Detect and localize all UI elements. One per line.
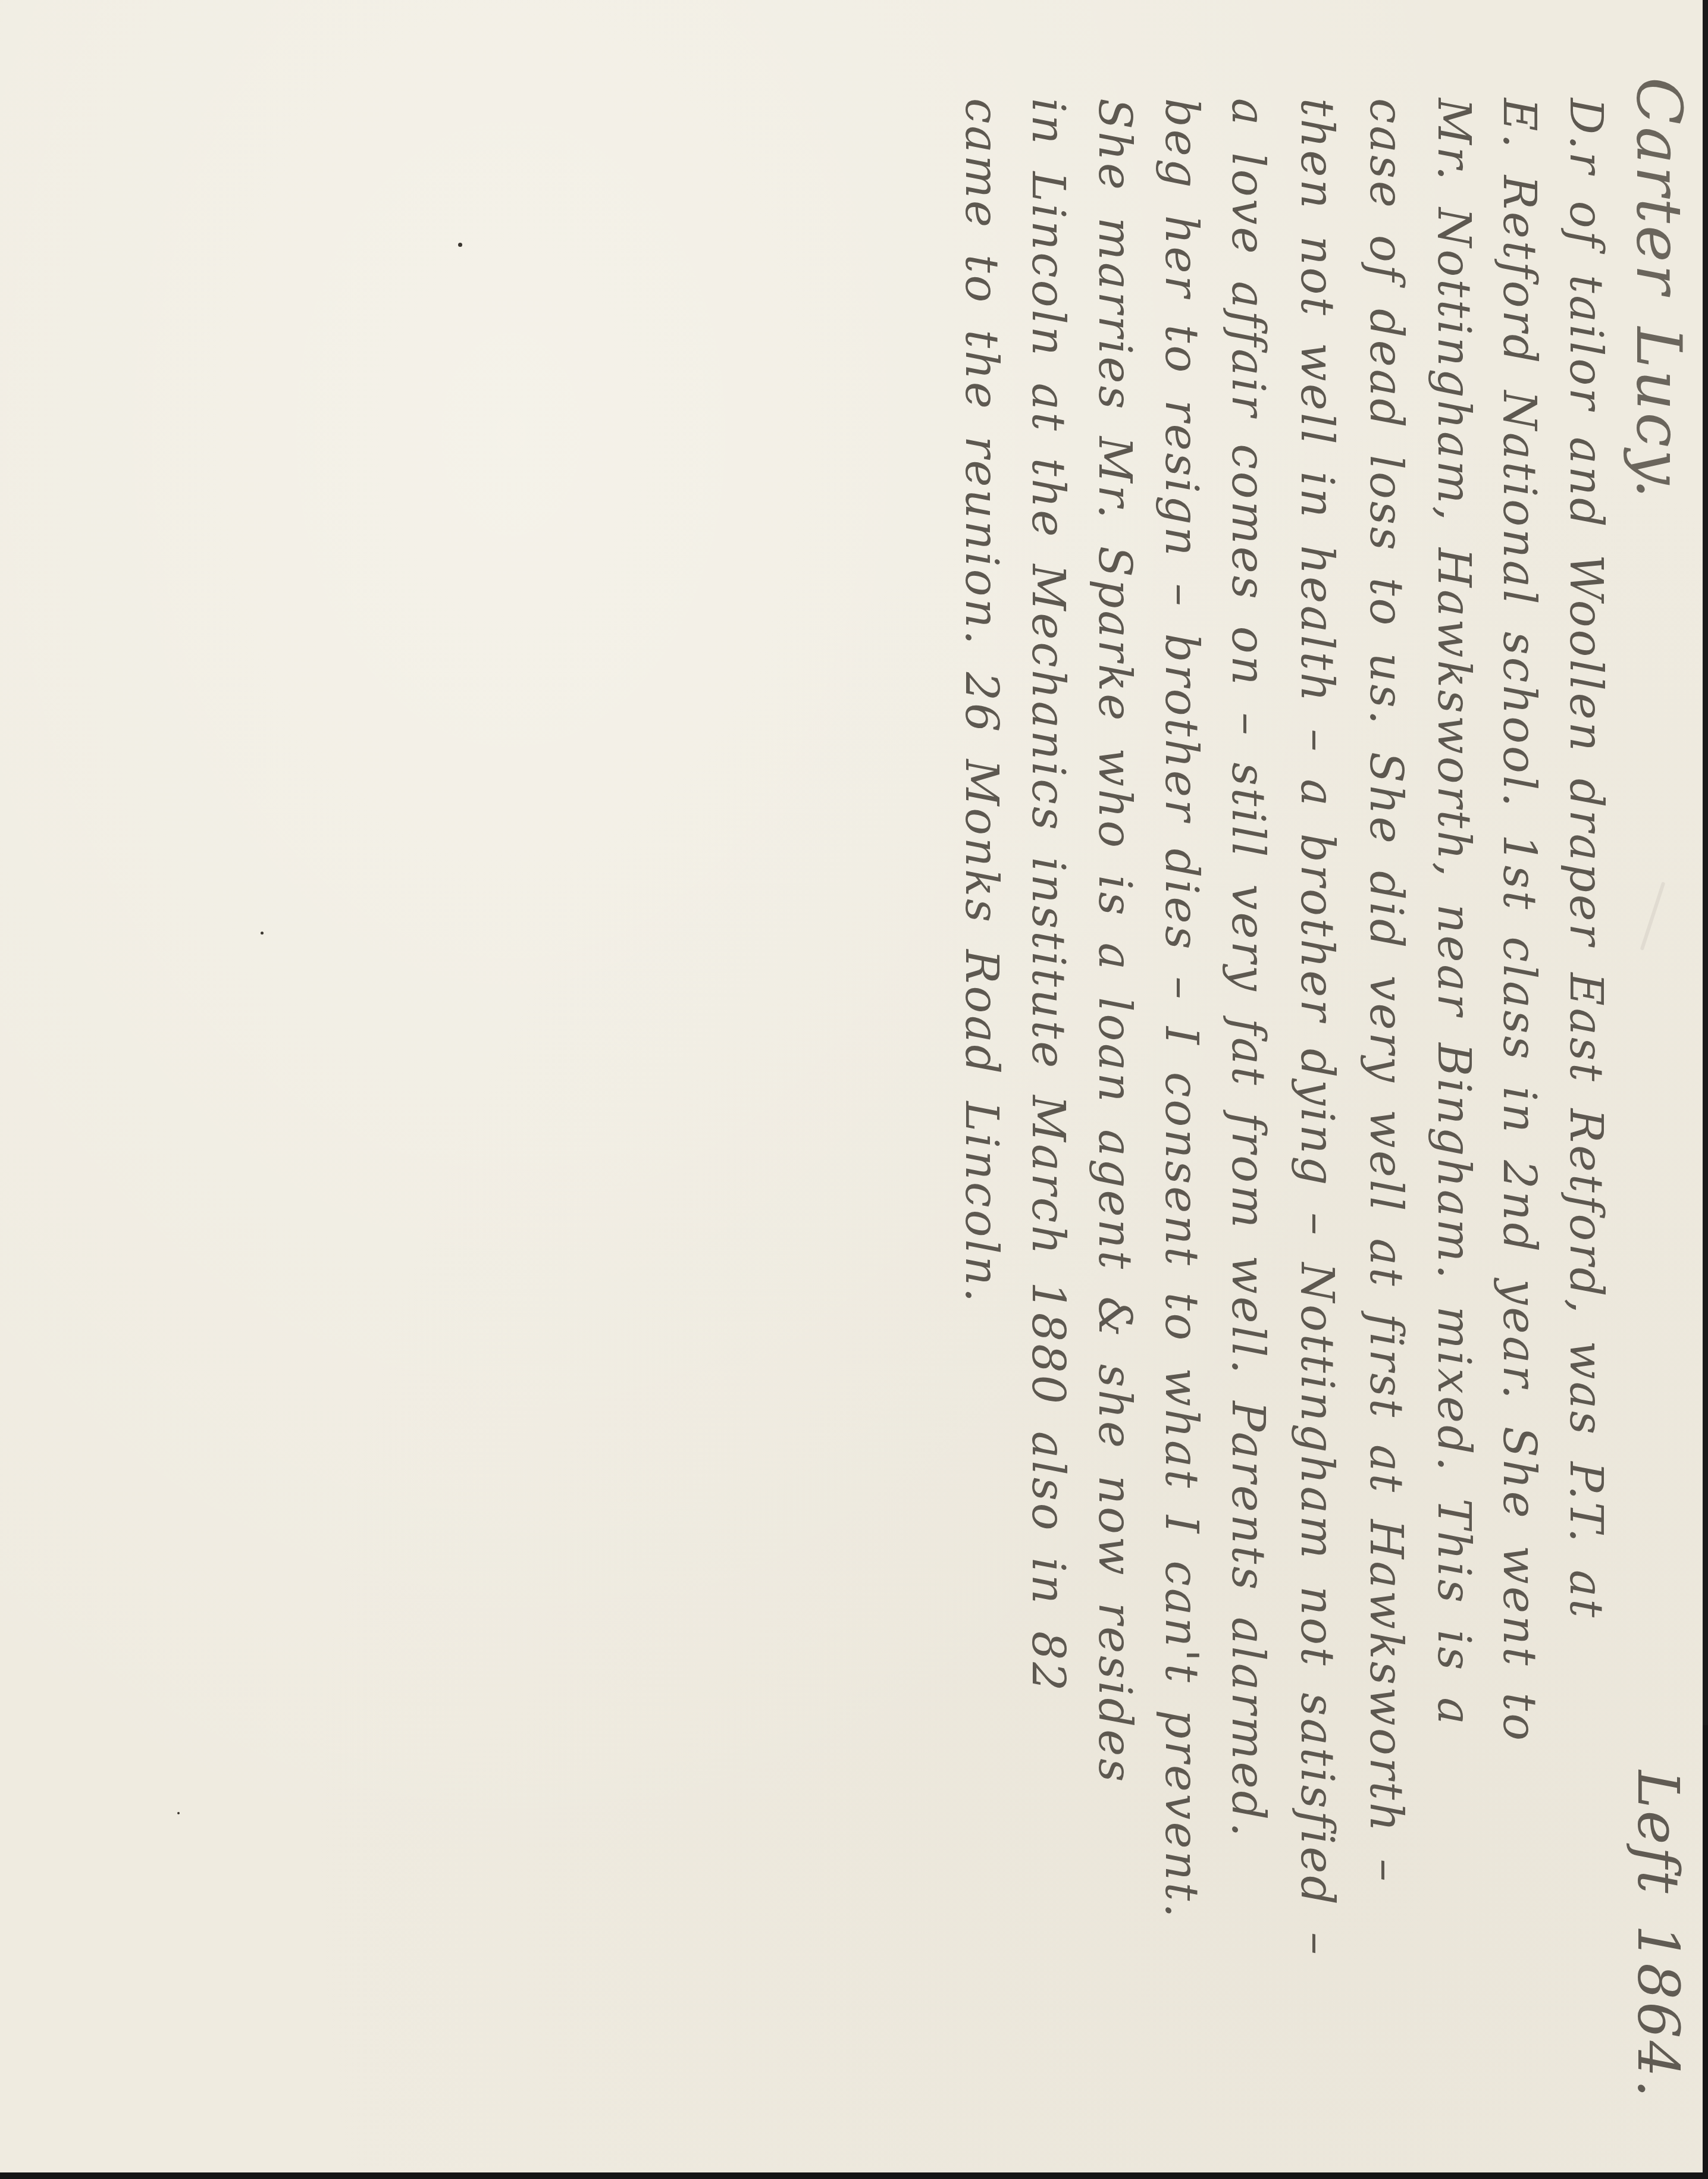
left-year: Left 1864. <box>1625 1770 1691 2100</box>
note-line: case of dead loss to us. She did very we… <box>1359 98 1413 1884</box>
handwritten-sheet: Carter Lucy. Left 1864. D.r of tailor an… <box>0 0 1708 2179</box>
note-line: a love affair comes on – still very fat … <box>1221 98 1275 1839</box>
note-line: D.r of tailor and Woollen draper East Re… <box>1559 98 1613 1620</box>
scan-border-right <box>1703 1725 1708 2179</box>
record-header: Carter Lucy. Left 1864. <box>1624 77 1695 2100</box>
note-line: beg her to resign – brother dies – I con… <box>1155 98 1208 1920</box>
note-line: E. Retford National school. 1st class in… <box>1493 98 1546 1743</box>
scan-border-bottom <box>0 2172 1708 2179</box>
note-line: Mr. Nottingham, Hawksworth, near Bingham… <box>1427 98 1481 1727</box>
document-page: Carter Lucy. Left 1864. D.r of tailor an… <box>0 0 1703 2172</box>
note-line: in Lincoln at the Mechanics institute Ma… <box>1021 98 1075 1694</box>
note-line: She marries Mr. Sparke who is a loan age… <box>1088 98 1142 1784</box>
note-line: came to the reunion. 26 Monks Road Linco… <box>955 98 1008 1305</box>
student-name: Carter Lucy. <box>1622 77 1695 501</box>
note-line: then not well in health – a brother dyin… <box>1290 98 1344 1957</box>
